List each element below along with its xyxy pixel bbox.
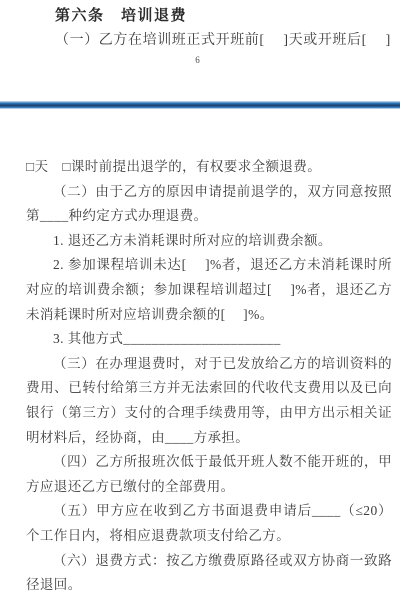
contract-paragraph: （二）由于乙方的原因申请提前退学的，双方同意按照第____种约定方式办理退费。	[26, 180, 392, 229]
contract-paragraph: 1. 退还乙方未消耗课时所对应的培训费余额。	[26, 229, 392, 254]
contract-paragraph: （四）乙方所报班次低于最低开班人数不能开班的，甲方应退还乙方已缴付的全部费用。	[26, 450, 392, 499]
contract-paragraph: □天 □课时前提出退学的，有权要求全额退费。	[26, 155, 392, 180]
previous-page-fragment: 第六条 培训退费 （一）乙方在培训班正式开班前[ ]天或开班后[ ] 6	[0, 0, 400, 95]
contract-paragraph: （六）退费方式：按乙方缴费原路径或双方协商一致路径退回。	[26, 549, 392, 594]
contract-paragraph: （三）在办理退费时，对于已发放给乙方的培训资料的费用、已转付给第三方并无法索回的…	[26, 352, 392, 450]
page-number: 6	[0, 55, 396, 65]
contract-paragraph: 2. 参加课程培训未达[ ]%者，退还乙方未消耗课时所对应的培训费余额；参加课程…	[26, 253, 392, 327]
page-separator-bar	[0, 101, 400, 109]
clause-heading: 第六条 培训退费	[55, 4, 187, 25]
contract-paragraph: 3. 其他方式______________________	[26, 327, 392, 352]
contract-document-view: 第六条 培训退费 （一）乙方在培训班正式开班前[ ]天或开班后[ ] 6 □天 …	[0, 0, 400, 594]
current-page-body: □天 □课时前提出退学的，有权要求全额退费。 （二）由于乙方的原因申请提前退学的…	[26, 155, 392, 594]
contract-paragraph: （五）甲方应在收到乙方书面退费申请后____（≤20）个工作日内，将相应退费款项…	[26, 499, 392, 548]
clause-one-line: （一）乙方在培训班正式开班前[ ]天或开班后[ ]	[55, 29, 395, 49]
